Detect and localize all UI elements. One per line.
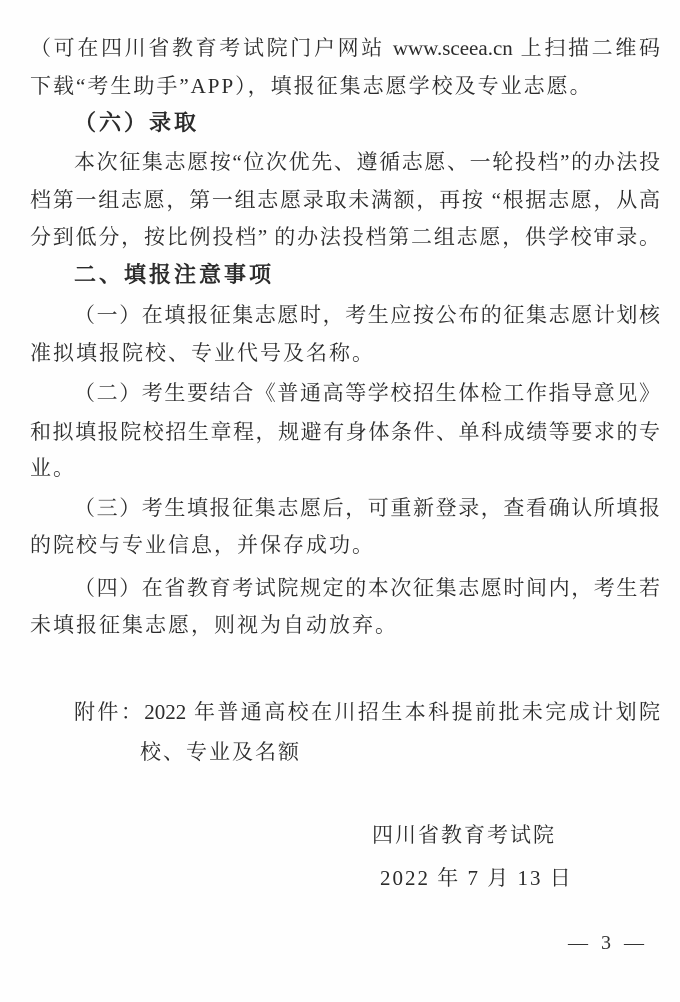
issuer-signature: 四川省教育考试院 bbox=[372, 820, 556, 850]
body-line: 的院校与专业信息，并保存成功。 bbox=[30, 530, 660, 560]
document-page: （可在四川省教育考试院门户网站 www.sceea.cn 上扫描二维码 下载“考… bbox=[0, 0, 680, 1002]
body-line: （四）在省教育考试院规定的本次征集志愿时间内，考生若 bbox=[30, 573, 660, 603]
body-line: （可在四川省教育考试院门户网站 www.sceea.cn 上扫描二维码 bbox=[30, 33, 660, 63]
body-line: 下载“考生助手”APP），填报征集志愿学校及专业志愿。 bbox=[30, 71, 660, 101]
page-number: — 3 — bbox=[568, 932, 648, 955]
issue-date: 2022 年 7 月 13 日 bbox=[380, 863, 573, 893]
body-line: 档第一组志愿，第一组志愿录取未满额，再按 “根据志愿，从高 bbox=[30, 185, 660, 215]
body-line: （一）在填报征集志愿时，考生应按公布的征集志愿计划核 bbox=[30, 300, 660, 330]
body-line: 业。 bbox=[30, 453, 660, 483]
attachment-line: 附件：2022 年普通高校在川招生本科提前批未完成计划院 bbox=[30, 697, 660, 727]
body-line: 准拟填报院校、专业代号及名称。 bbox=[30, 338, 660, 368]
body-line: （三）考生填报征集志愿后，可重新登录，查看确认所填报 bbox=[30, 493, 660, 523]
heading-admission: （六）录取 bbox=[30, 108, 660, 138]
body-line: 分到低分，按比例投档” 的办法投档第二组志愿，供学校审录。 bbox=[30, 222, 660, 252]
body-line: 和拟填报院校招生章程，规避有身体条件、单科成绩等要求的专 bbox=[30, 417, 660, 447]
body-line: 未填报征集志愿，则视为自动放弃。 bbox=[30, 610, 660, 640]
heading-notes: 二、填报注意事项 bbox=[30, 260, 660, 290]
body-line: （二）考生要结合《普通高等学校招生体检工作指导意见》 bbox=[30, 378, 660, 408]
body-line: 本次征集志愿按“位次优先、遵循志愿、一轮投档”的办法投 bbox=[30, 147, 660, 177]
attachment-line: 校、专业及名额 bbox=[30, 737, 660, 767]
